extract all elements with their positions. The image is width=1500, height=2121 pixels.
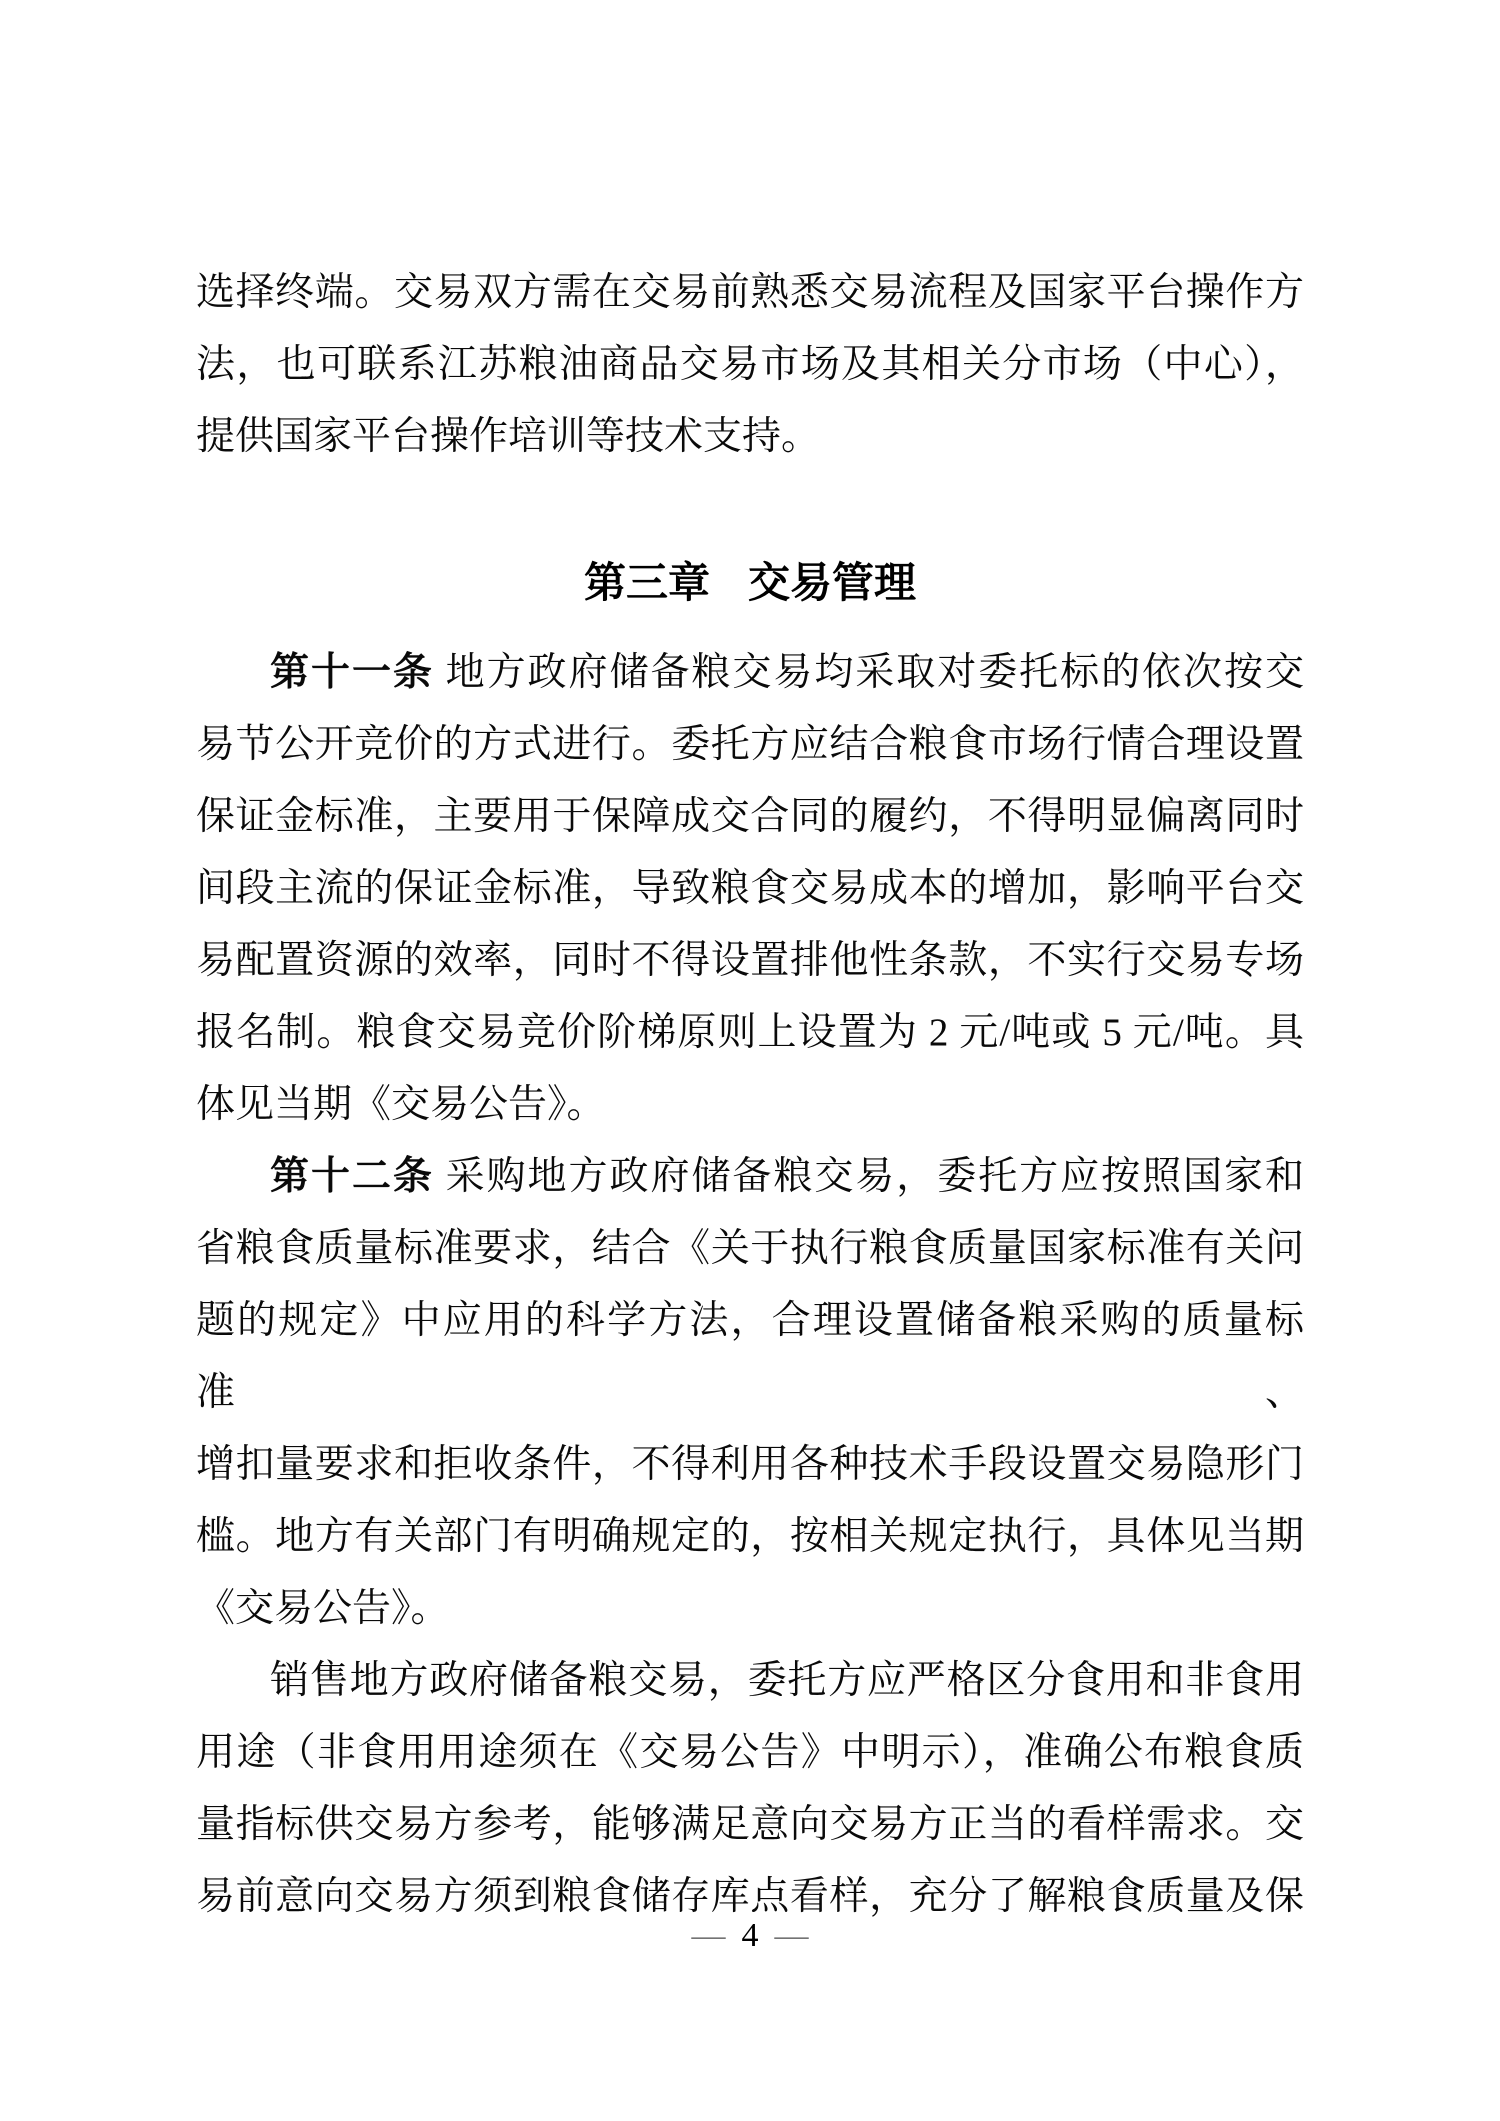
article11-last-line: 体见当期《交易公告》。 <box>196 1069 1304 1141</box>
page-footer: —4— <box>0 1912 1500 1960</box>
article11-line: 保证金标准，主要用于保障成交合同的履约，不得明显偏离同时 <box>196 781 1304 853</box>
article11-line: 间段主流的保证金标准，导致粮食交易成本的增加，影响平台交 <box>196 853 1304 925</box>
chapter-number: 第三章 <box>584 559 710 606</box>
article11-line: 易配置资源的效率，同时不得设置排他性条款，不实行交易专场 <box>196 925 1304 997</box>
page-number: 4 <box>742 1917 759 1954</box>
intro-line-1: 选择终端。交易双方需在交易前熟悉交易流程及国家平台操作方 <box>196 257 1304 329</box>
article12-line: 题的规定》中应用的科学方法，合理设置储备粮采购的质量标准、 <box>196 1285 1304 1429</box>
chapter-title: 交易管理 <box>748 559 916 606</box>
footer-left-dash: — <box>692 1917 726 1954</box>
article11-number: 第十一条 <box>270 651 434 694</box>
document-page: 选择终端。交易双方需在交易前熟悉交易流程及国家平台操作方 法，也可联系江苏粮油商… <box>0 0 1500 2121</box>
article12-lead-text: 采购地方政府储备粮交易，委托方应按照国家和 <box>434 1155 1304 1198</box>
intro-line-3: 提供国家平台操作培训等技术支持。 <box>196 401 1304 473</box>
chapter-heading: 第三章交易管理 <box>196 547 1304 619</box>
article11-line: 报名制。粮食交易竞价阶梯原则上设置为 2 元/吨或 5 元/吨。具 <box>196 997 1304 1069</box>
sales-paragraph-line: 用途（非食用用途须在《交易公告》中明示），准确公布粮食质 <box>196 1717 1304 1789</box>
article12-last-line: 《交易公告》。 <box>196 1573 1304 1645</box>
article12-number: 第十二条 <box>270 1155 434 1198</box>
footer-right-dash: — <box>775 1917 809 1954</box>
article12-first-line: 第十二条 采购地方政府储备粮交易，委托方应按照国家和 <box>196 1141 1304 1213</box>
article12-line: 省粮食质量标准要求，结合《关于执行粮食质量国家标准有关问 <box>196 1213 1304 1285</box>
article11-line: 易节公开竞价的方式进行。委托方应结合粮食市场行情合理设置 <box>196 709 1304 781</box>
sales-paragraph-line: 量指标供交易方参考，能够满足意向交易方正当的看样需求。交 <box>196 1789 1304 1861</box>
article12-line: 槛。地方有关部门有明确规定的，按相关规定执行，具体见当期 <box>196 1501 1304 1573</box>
article12-line: 增扣量要求和拒收条件，不得利用各种技术手段设置交易隐形门 <box>196 1429 1304 1501</box>
document-body: 选择终端。交易双方需在交易前熟悉交易流程及国家平台操作方 法，也可联系江苏粮油商… <box>196 257 1304 1933</box>
sales-paragraph-first-line: 销售地方政府储备粮交易，委托方应严格区分食用和非食用 <box>196 1645 1304 1717</box>
article11-first-line: 第十一条 地方政府储备粮交易均采取对委托标的依次按交 <box>196 637 1304 709</box>
article11-lead-text: 地方政府储备粮交易均采取对委托标的依次按交 <box>434 651 1304 694</box>
intro-line-2: 法，也可联系江苏粮油商品交易市场及其相关分市场（中心）， <box>196 329 1304 401</box>
